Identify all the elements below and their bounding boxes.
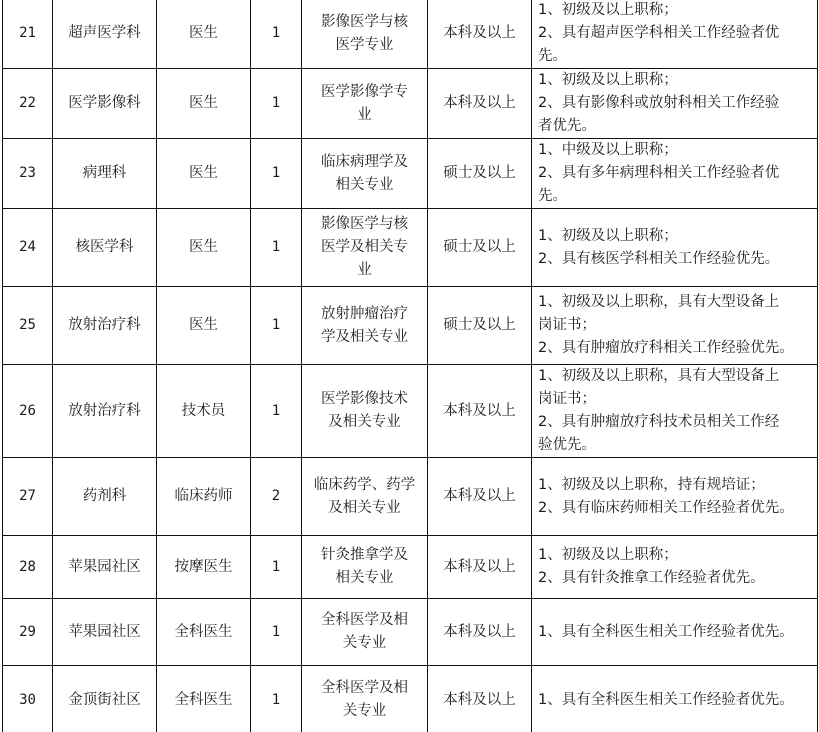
requirement-line: 1、具有全科医生相关工作经验者优先。 (538, 621, 815, 644)
headcount: 1 (272, 403, 280, 419)
cell-position: 按摩医生 (157, 536, 251, 599)
cell-department: 药剂科 (53, 458, 157, 536)
cell-count: 1 (251, 69, 302, 139)
table-row-28: 28 苹果园社区 按摩医生 1 针灸推拿学及相关专业 本科及以上 1、初级及以上… (3, 536, 818, 599)
cell-requirements: 1、具有全科医生相关工作经验者优先。 (532, 666, 818, 732)
education-level: 硕士及以上 (443, 165, 516, 181)
cell-major: 影像医学与核医学及相关专业 (302, 209, 428, 287)
requirement-line: 1、初级及以上职称，持有规培证； (538, 474, 815, 497)
major-line: 关专业 (305, 700, 424, 723)
cell-department: 苹果园社区 (53, 599, 157, 666)
cell-education: 本科及以上 (428, 536, 532, 599)
recruitment-table: 21 超声医学科 医生 1 影像医学与核医学专业 本科及以上 1、初级及以上职称… (2, 0, 818, 732)
headcount: 2 (272, 488, 280, 504)
cell-requirements: 1、中级及以上职称；2、具有多年病理科相关工作经验者优先。 (532, 139, 818, 209)
cell-department: 苹果园社区 (53, 536, 157, 599)
cell-major: 医学影像技术及相关专业 (302, 365, 428, 458)
cell-education: 本科及以上 (428, 365, 532, 458)
requirement-line: 1、初级及以上职称； (538, 225, 815, 248)
education-level: 本科及以上 (443, 559, 516, 575)
position-name: 医生 (189, 165, 218, 181)
position-name: 技术员 (182, 403, 226, 419)
cell-number: 21 (3, 0, 53, 69)
major-line: 放射肿瘤治疗 (305, 303, 424, 326)
cell-count: 1 (251, 0, 302, 69)
major-line: 关专业 (305, 632, 424, 655)
major-line: 医学影像技术 (305, 388, 424, 411)
requirement-line: 1、具有全科医生相关工作经验者优先。 (538, 689, 815, 712)
cell-major: 医学影像学专业 (302, 69, 428, 139)
position-name: 按摩医生 (175, 559, 233, 575)
requirement-line: 2、具有核医学科相关工作经验优先。 (538, 248, 815, 271)
cell-count: 2 (251, 458, 302, 536)
education-level: 本科及以上 (443, 25, 516, 41)
table-row-24: 24 核医学科 医生 1 影像医学与核医学及相关专业 硕士及以上 1、初级及以上… (3, 209, 818, 287)
row-number: 22 (19, 95, 36, 111)
department-name: 苹果园社区 (68, 559, 141, 575)
cell-department: 病理科 (53, 139, 157, 209)
cell-major: 全科医学及相关专业 (302, 666, 428, 732)
cell-number: 25 (3, 287, 53, 365)
education-level: 本科及以上 (443, 488, 516, 504)
cell-number: 26 (3, 365, 53, 458)
education-level: 本科及以上 (443, 95, 516, 111)
cell-number: 27 (3, 458, 53, 536)
major-line: 临床药学、药学 (305, 474, 424, 497)
cell-education: 本科及以上 (428, 458, 532, 536)
cell-education: 本科及以上 (428, 69, 532, 139)
major-line: 业 (305, 259, 424, 282)
requirement-line: 2、具有临床药师相关工作经验者优先。 (538, 497, 815, 520)
table-row-26: 26 放射治疗科 技术员 1 医学影像技术及相关专业 本科及以上 1、初级及以上… (3, 365, 818, 458)
requirement-line: 2、具有针灸推拿工作经验者优先。 (538, 567, 815, 590)
cell-position: 全科医生 (157, 666, 251, 732)
cell-number: 29 (3, 599, 53, 666)
cell-requirements: 1、初级及以上职称；2、具有影像科或放射科相关工作经验者优先。 (532, 69, 818, 139)
cell-count: 1 (251, 287, 302, 365)
requirement-line: 岗证书； (538, 314, 815, 337)
position-name: 全科医生 (175, 624, 233, 640)
row-number: 25 (19, 317, 36, 333)
recruitment-table-body: 21 超声医学科 医生 1 影像医学与核医学专业 本科及以上 1、初级及以上职称… (3, 0, 818, 732)
headcount: 1 (272, 239, 280, 255)
requirement-line: 岗证书； (538, 388, 815, 411)
requirement-line: 1、初级及以上职称； (538, 0, 815, 22)
row-number: 30 (19, 692, 36, 708)
major-line: 及相关专业 (305, 411, 424, 434)
cell-requirements: 1、具有全科医生相关工作经验者优先。 (532, 599, 818, 666)
position-name: 全科医生 (175, 692, 233, 708)
cell-department: 医学影像科 (53, 69, 157, 139)
requirement-line: 2、具有超声医学科相关工作经验者优 (538, 22, 815, 45)
major-line: 医学及相关专 (305, 236, 424, 259)
cell-department: 放射治疗科 (53, 287, 157, 365)
requirement-line: 1、中级及以上职称； (538, 139, 815, 162)
requirement-line: 先。 (538, 185, 815, 208)
department-name: 放射治疗科 (68, 403, 141, 419)
cell-number: 22 (3, 69, 53, 139)
requirement-line: 2、具有肿瘤放疗科技术员相关工作经 (538, 411, 815, 434)
major-line: 影像医学与核 (305, 11, 424, 34)
cell-department: 超声医学科 (53, 0, 157, 69)
cell-number: 28 (3, 536, 53, 599)
department-name: 苹果园社区 (68, 624, 141, 640)
cell-major: 放射肿瘤治疗学及相关专业 (302, 287, 428, 365)
department-name: 核医学科 (76, 239, 134, 255)
cell-education: 硕士及以上 (428, 287, 532, 365)
cell-requirements: 1、初级及以上职称，持有规培证；2、具有临床药师相关工作经验者优先。 (532, 458, 818, 536)
row-number: 26 (19, 403, 36, 419)
cell-number: 30 (3, 666, 53, 732)
table-row-23: 23 病理科 医生 1 临床病理学及相关专业 硕士及以上 1、中级及以上职称；2… (3, 139, 818, 209)
major-line: 临床病理学及 (305, 151, 424, 174)
position-name: 临床药师 (175, 488, 233, 504)
requirement-line: 者优先。 (538, 115, 815, 138)
cell-count: 1 (251, 139, 302, 209)
cell-major: 临床药学、药学及相关专业 (302, 458, 428, 536)
requirement-line: 1、初级及以上职称； (538, 69, 815, 92)
position-name: 医生 (189, 95, 218, 111)
department-name: 放射治疗科 (68, 317, 141, 333)
cell-major: 影像医学与核医学专业 (302, 0, 428, 69)
cell-requirements: 1、初级及以上职称；2、具有针灸推拿工作经验者优先。 (532, 536, 818, 599)
education-level: 本科及以上 (443, 403, 516, 419)
cell-education: 本科及以上 (428, 599, 532, 666)
headcount: 1 (272, 25, 280, 41)
major-line: 针灸推拿学及 (305, 544, 424, 567)
requirement-line: 先。 (538, 45, 815, 68)
requirement-line: 1、初级及以上职称； (538, 544, 815, 567)
cell-position: 临床药师 (157, 458, 251, 536)
cell-number: 23 (3, 139, 53, 209)
row-number: 27 (19, 488, 36, 504)
position-name: 医生 (189, 25, 218, 41)
major-line: 全科医学及相 (305, 677, 424, 700)
education-level: 本科及以上 (443, 692, 516, 708)
row-number: 21 (19, 25, 36, 41)
headcount: 1 (272, 165, 280, 181)
major-line: 全科医学及相 (305, 609, 424, 632)
cell-position: 医生 (157, 139, 251, 209)
major-line: 影像医学与核 (305, 213, 424, 236)
headcount: 1 (272, 559, 280, 575)
cell-count: 1 (251, 599, 302, 666)
major-line: 及相关专业 (305, 497, 424, 520)
major-line: 医学专业 (305, 34, 424, 57)
cell-department: 金顶街社区 (53, 666, 157, 732)
major-line: 医学影像学专 (305, 81, 424, 104)
cell-major: 针灸推拿学及相关专业 (302, 536, 428, 599)
cell-requirements: 1、初级及以上职称；2、具有超声医学科相关工作经验者优先。 (532, 0, 818, 69)
requirement-line: 2、具有多年病理科相关工作经验者优 (538, 162, 815, 185)
table-row-29: 29 苹果园社区 全科医生 1 全科医学及相关专业 本科及以上 1、具有全科医生… (3, 599, 818, 666)
major-line: 学及相关专业 (305, 326, 424, 349)
cell-position: 医生 (157, 209, 251, 287)
cell-major: 临床病理学及相关专业 (302, 139, 428, 209)
cell-education: 硕士及以上 (428, 209, 532, 287)
headcount: 1 (272, 624, 280, 640)
cell-position: 全科医生 (157, 599, 251, 666)
cell-department: 放射治疗科 (53, 365, 157, 458)
row-number: 23 (19, 165, 36, 181)
headcount: 1 (272, 95, 280, 111)
cell-number: 24 (3, 209, 53, 287)
cell-requirements: 1、初级及以上职称，具有大型设备上岗证书；2、具有肿瘤放疗科技术员相关工作经验优… (532, 365, 818, 458)
requirement-line: 2、具有影像科或放射科相关工作经验 (538, 92, 815, 115)
cell-position: 医生 (157, 69, 251, 139)
education-level: 本科及以上 (443, 624, 516, 640)
cell-major: 全科医学及相关专业 (302, 599, 428, 666)
requirement-line: 1、初级及以上职称，具有大型设备上 (538, 365, 815, 388)
cell-position: 技术员 (157, 365, 251, 458)
headcount: 1 (272, 692, 280, 708)
requirement-line: 验优先。 (538, 434, 815, 457)
cell-requirements: 1、初级及以上职称，具有大型设备上岗证书；2、具有肿瘤放疗科相关工作经验优先。 (532, 287, 818, 365)
table-row-27: 27 药剂科 临床药师 2 临床药学、药学及相关专业 本科及以上 1、初级及以上… (3, 458, 818, 536)
department-name: 金顶街社区 (68, 692, 141, 708)
education-level: 硕士及以上 (443, 239, 516, 255)
cell-education: 硕士及以上 (428, 139, 532, 209)
education-level: 硕士及以上 (443, 317, 516, 333)
cell-requirements: 1、初级及以上职称；2、具有核医学科相关工作经验优先。 (532, 209, 818, 287)
department-name: 药剂科 (83, 488, 127, 504)
department-name: 病理科 (83, 165, 127, 181)
major-line: 相关专业 (305, 174, 424, 197)
cell-department: 核医学科 (53, 209, 157, 287)
cell-count: 1 (251, 666, 302, 732)
cell-education: 本科及以上 (428, 0, 532, 69)
row-number: 28 (19, 559, 36, 575)
position-name: 医生 (189, 239, 218, 255)
table-row-25: 25 放射治疗科 医生 1 放射肿瘤治疗学及相关专业 硕士及以上 1、初级及以上… (3, 287, 818, 365)
major-line: 相关专业 (305, 567, 424, 590)
requirement-line: 1、初级及以上职称，具有大型设备上 (538, 291, 815, 314)
requirement-line: 2、具有肿瘤放疗科相关工作经验优先。 (538, 337, 815, 360)
table-row-21: 21 超声医学科 医生 1 影像医学与核医学专业 本科及以上 1、初级及以上职称… (3, 0, 818, 69)
major-line: 业 (305, 104, 424, 127)
headcount: 1 (272, 317, 280, 333)
table-row-30: 30 金顶街社区 全科医生 1 全科医学及相关专业 本科及以上 1、具有全科医生… (3, 666, 818, 732)
row-number: 24 (19, 239, 36, 255)
department-name: 医学影像科 (68, 95, 141, 111)
row-number: 29 (19, 624, 36, 640)
cell-position: 医生 (157, 287, 251, 365)
department-name: 超声医学科 (68, 25, 141, 41)
cell-count: 1 (251, 209, 302, 287)
position-name: 医生 (189, 317, 218, 333)
cell-position: 医生 (157, 0, 251, 69)
table-row-22: 22 医学影像科 医生 1 医学影像学专业 本科及以上 1、初级及以上职称；2、… (3, 69, 818, 139)
cell-count: 1 (251, 365, 302, 458)
cell-education: 本科及以上 (428, 666, 532, 732)
cell-count: 1 (251, 536, 302, 599)
